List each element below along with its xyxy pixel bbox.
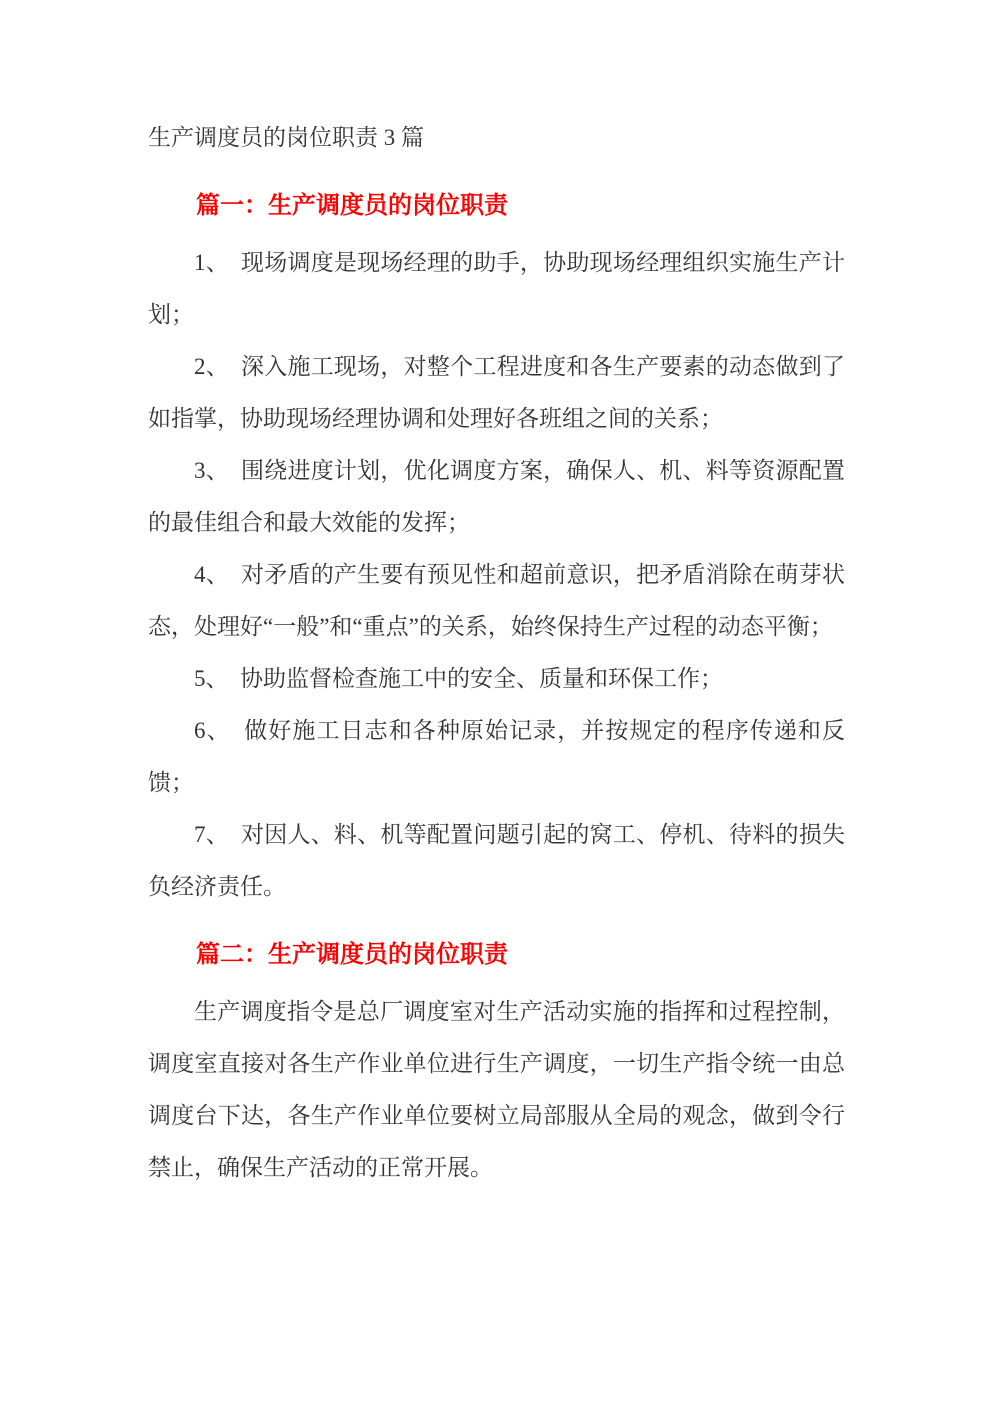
- section-1-item-3: 3、 围绕进度计划，优化调度方案，确保人、机、料等资源配置的最佳组合和最大效能的…: [148, 445, 845, 549]
- document-page: 生产调度员的岗位职责 3 篇 篇一：生产调度员的岗位职责 1、 现场调度是现场经…: [0, 0, 993, 1404]
- section-1-item-5: 5、 协助监督检查施工中的安全、质量和环保工作；: [148, 653, 845, 705]
- section-1-item-7: 7、 对因人、料、机等配置问题引起的窝工、停机、待料的损失负经济责任。: [148, 809, 845, 913]
- section-1-heading: 篇一：生产调度员的岗位职责: [148, 180, 845, 232]
- document-title: 生产调度员的岗位职责 3 篇: [148, 112, 845, 164]
- section-1-item-1: 1、 现场调度是现场经理的助手，协助现场经理组织实施生产计划；: [148, 237, 845, 341]
- section-2-paragraph-1: 生产调度指令是总厂调度室对生产活动实施的指挥和过程控制，调度室直接对各生产作业单…: [148, 986, 845, 1194]
- section-1-item-6: 6、 做好施工日志和各种原始记录，并按规定的程序传递和反馈；: [148, 705, 845, 809]
- section-2-heading: 篇二：生产调度员的岗位职责: [148, 929, 845, 981]
- section-1-item-2: 2、 深入施工现场，对整个工程进度和各生产要素的动态做到了如指掌，协助现场经理协…: [148, 341, 845, 445]
- section-1-item-4: 4、 对矛盾的产生要有预见性和超前意识，把矛盾消除在萌芽状态，处理好“一般”和“…: [148, 549, 845, 653]
